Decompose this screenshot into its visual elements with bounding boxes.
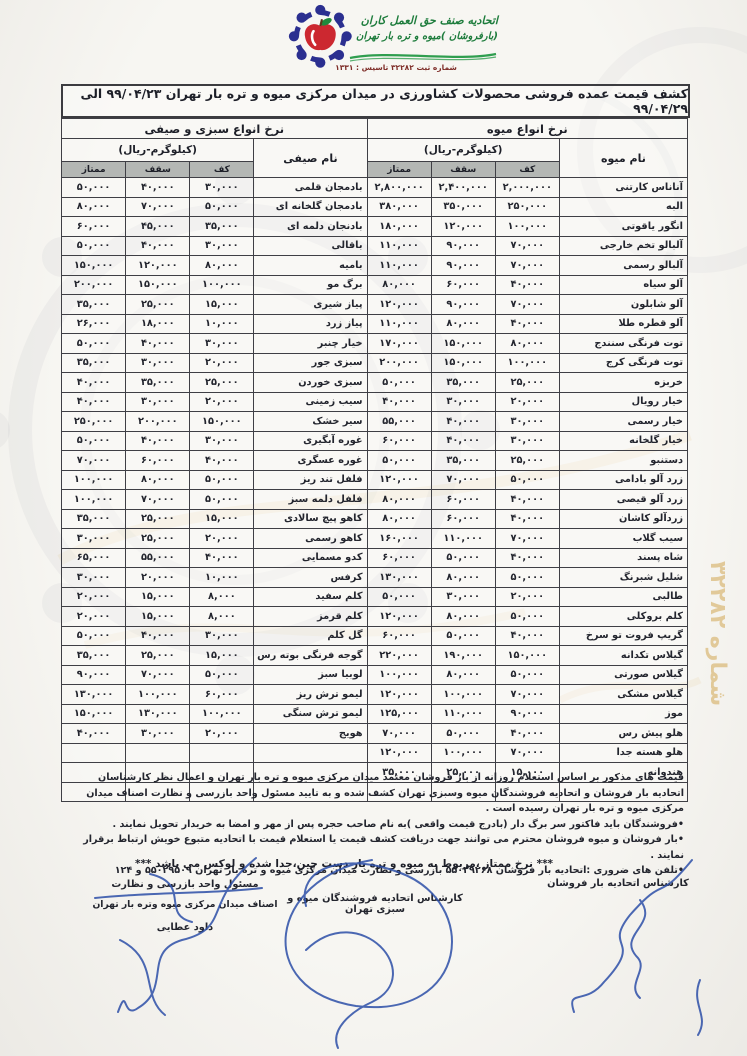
fruit-floor-price-cell: ۷۰,۰۰۰ <box>495 236 559 256</box>
fruit-floor-price-cell: ۴۰,۰۰۰ <box>495 314 559 334</box>
table-row: هلو هسته جدا۷۰,۰۰۰۱۰۰,۰۰۰۱۲۰,۰۰۰ <box>62 743 688 763</box>
veg-floor-price-cell: ۲۰,۰۰۰ <box>190 353 254 373</box>
veg-ceiling-price-cell: ۳۰,۰۰۰ <box>126 724 190 744</box>
fruit-name-cell: شلیل شبرنگ <box>559 568 687 588</box>
veg-ceiling-price-cell: ۱۰۰,۰۰۰ <box>126 685 190 705</box>
fruit-name-cell: آلو سیاه <box>559 275 687 295</box>
table-row: زرد آلو بادامی۵۰,۰۰۰۷۰,۰۰۰۱۲۰,۰۰۰فلفل تن… <box>62 470 688 490</box>
veg-floor-price-cell: ۳۵,۰۰۰ <box>190 217 254 237</box>
footer-note-line: قیمت های مذکور بر اساس استعلام روزانه از… <box>64 770 684 817</box>
fruit-premium-price-cell: ۸۰,۰۰۰ <box>367 490 431 510</box>
fruit-ceiling-price-cell: ۸۰,۰۰۰ <box>431 314 495 334</box>
fruit-floor-price-cell: ۴۰,۰۰۰ <box>495 548 559 568</box>
veg-ceiling-header: سقف <box>126 162 190 178</box>
veg-premium-price-cell: ۳۰,۰۰۰ <box>62 529 126 549</box>
veg-ceiling-price-cell: ۱۲۰,۰۰۰ <box>126 256 190 276</box>
fruit-floor-price-cell: ۵۰,۰۰۰ <box>495 607 559 627</box>
veg-premium-price-cell: ۲۵۰,۰۰۰ <box>62 412 126 432</box>
fruit-section-header: نرخ انواع میوه <box>367 119 687 139</box>
fruit-premium-price-cell: ۱۲۰,۰۰۰ <box>367 295 431 315</box>
veg-ceiling-price-cell: ۲۵,۰۰۰ <box>126 646 190 666</box>
veg-name-cell: سبزی خوردن <box>254 373 367 393</box>
veg-ceiling-price-cell: ۳۵,۰۰۰ <box>126 373 190 393</box>
fruit-name-cell: کلم بروکلی <box>559 607 687 627</box>
veg-floor-price-cell: ۵۰,۰۰۰ <box>190 665 254 685</box>
veg-floor-price-cell: ۳۰,۰۰۰ <box>190 334 254 354</box>
scanned-price-list-document: شماره ۳۲۲۸۲ اتحادیه صنف حق العمل کاران (… <box>0 0 747 1056</box>
veg-floor-price-cell: ۵۰,۰۰۰ <box>190 470 254 490</box>
fruit-name-cell: سیب گلاب <box>559 529 687 549</box>
footer-note-line: •فروشندگان باید فاکتور سر برگ دار (بادرج… <box>64 817 684 833</box>
table-row: توت فرنگی سنندج۸۰,۰۰۰۱۵۰,۰۰۰۱۷۰,۰۰۰خیار … <box>62 334 688 354</box>
fruit-floor-price-cell: ۱۰۰,۰۰۰ <box>495 217 559 237</box>
fruit-ceiling-price-cell: ۲,۴۰۰,۰۰۰ <box>431 178 495 198</box>
union-logo-icon <box>288 4 356 72</box>
fruit-floor-price-cell: ۴۰,۰۰۰ <box>495 724 559 744</box>
veg-floor-price-cell: ۲۰,۰۰۰ <box>190 724 254 744</box>
veg-premium-price-cell: ۳۵,۰۰۰ <box>62 646 126 666</box>
veg-name-cell: کاهو رسمی <box>254 529 367 549</box>
fruit-floor-price-cell: ۸۰,۰۰۰ <box>495 334 559 354</box>
fruit-name-column-header: نام میوه <box>559 139 687 178</box>
veg-ceiling-price-cell: ۱۳۰,۰۰۰ <box>126 704 190 724</box>
fruit-premium-price-cell: ۲۰۰,۰۰۰ <box>367 353 431 373</box>
veg-ceiling-price-cell: ۳۰,۰۰۰ <box>126 353 190 373</box>
fruit-name-cell: گریپ فروت تو سرخ <box>559 626 687 646</box>
signature-label-center: کارشناس اتحادیه فروشندگان میوه و سبزی ته… <box>280 893 470 915</box>
veg-premium-price-cell: ۱۰۰,۰۰۰ <box>62 470 126 490</box>
veg-name-cell: بادمجان قلمی <box>254 178 367 198</box>
veg-name-cell: فلفل تند ریز <box>254 470 367 490</box>
veg-ceiling-price-cell: ۲۵,۰۰۰ <box>126 509 190 529</box>
veg-floor-price-cell: ۱۵,۰۰۰ <box>190 295 254 315</box>
fruit-floor-price-cell: ۱۵۰,۰۰۰ <box>495 646 559 666</box>
fruit-premium-price-cell: ۸۰,۰۰۰ <box>367 275 431 295</box>
fruit-ceiling-price-cell: ۶۰,۰۰۰ <box>431 509 495 529</box>
veg-premium-price-cell: ۱۵۰,۰۰۰ <box>62 704 126 724</box>
signature-label-right: کارشناس اتحادیه بار فروشان <box>538 878 698 889</box>
fruit-ceiling-price-cell: ۹۰,۰۰۰ <box>431 236 495 256</box>
fruit-ceiling-price-cell: ۸۰,۰۰۰ <box>431 607 495 627</box>
fruit-premium-price-cell: ۱۲۰,۰۰۰ <box>367 607 431 627</box>
table-row: هلو پیش رس۴۰,۰۰۰۵۰,۰۰۰۷۰,۰۰۰هویج۲۰,۰۰۰۳۰… <box>62 724 688 744</box>
veg-ceiling-price-cell: ۴۰,۰۰۰ <box>126 236 190 256</box>
veg-name-cell: سیر خشک <box>254 412 367 432</box>
veg-name-cell: لوبیا سبز <box>254 665 367 685</box>
fruit-ceiling-price-cell: ۸۰,۰۰۰ <box>431 568 495 588</box>
veg-ceiling-price-cell: ۷۰,۰۰۰ <box>126 665 190 685</box>
fruit-ceiling-price-cell: ۱۵۰,۰۰۰ <box>431 334 495 354</box>
fruit-ceiling-header: سقف <box>431 162 495 178</box>
table-body: آناناس کارتنی۲,۰۰۰,۰۰۰۲,۴۰۰,۰۰۰۲,۸۰۰,۰۰۰… <box>62 178 688 802</box>
veg-ceiling-price-cell: ۲۵,۰۰۰ <box>126 529 190 549</box>
fruit-ceiling-price-cell: ۳۰,۰۰۰ <box>431 587 495 607</box>
veg-name-cell: فلفل دلمه سبز <box>254 490 367 510</box>
fruit-ceiling-price-cell: ۱۰۰,۰۰۰ <box>431 685 495 705</box>
table-row: خیار رسمی۳۰,۰۰۰۴۰,۰۰۰۵۵,۰۰۰سیر خشک۱۵۰,۰۰… <box>62 412 688 432</box>
veg-premium-price-cell: ۵۰,۰۰۰ <box>62 334 126 354</box>
veg-floor-header: کف <box>190 162 254 178</box>
fruit-floor-price-cell: ۲۰,۰۰۰ <box>495 392 559 412</box>
veg-ceiling-price-cell: ۲۵,۰۰۰ <box>126 295 190 315</box>
veg-floor-price-cell: ۵۰,۰۰۰ <box>190 197 254 217</box>
table-row: آلبالو رسمی۷۰,۰۰۰۹۰,۰۰۰۱۱۰,۰۰۰بامیه۸۰,۰۰… <box>62 256 688 276</box>
veg-premium-price-cell: ۵۰,۰۰۰ <box>62 178 126 198</box>
fruit-floor-header: کف <box>495 162 559 178</box>
veg-premium-price-cell: ۲۰۰,۰۰۰ <box>62 275 126 295</box>
signature-label-left-line2: اصناف میدان مرکزی میوه وتره بار تهران <box>92 899 278 910</box>
registration-line: شماره ثبت ۳۲۲۸۲ تاسیس : ۱۳۳۱ <box>296 63 496 72</box>
fruit-floor-price-cell: ۴۰,۰۰۰ <box>495 509 559 529</box>
fruit-floor-price-cell: ۳۰,۰۰۰ <box>495 412 559 432</box>
fruit-floor-price-cell: ۹۰,۰۰۰ <box>495 704 559 724</box>
fruit-premium-price-cell: ۳۸۰,۰۰۰ <box>367 197 431 217</box>
fruit-floor-price-cell: ۲۵,۰۰۰ <box>495 373 559 393</box>
fruit-premium-price-cell: ۱۲۵,۰۰۰ <box>367 704 431 724</box>
fruit-name-cell: شاه پسند <box>559 548 687 568</box>
fruit-name-cell: هلو هسته جدا <box>559 743 687 763</box>
table-row: دستنبو۲۵,۰۰۰۳۵,۰۰۰۵۰,۰۰۰غوره عسگری۴۰,۰۰۰… <box>62 451 688 471</box>
fruit-ceiling-price-cell: ۱۲۰,۰۰۰ <box>431 217 495 237</box>
veg-premium-price-cell: ۹۰,۰۰۰ <box>62 665 126 685</box>
fruit-name-cell: دستنبو <box>559 451 687 471</box>
veg-name-cell: بامیه <box>254 256 367 276</box>
table-row: کلم بروکلی۵۰,۰۰۰۸۰,۰۰۰۱۲۰,۰۰۰کلم قرمز۸,۰… <box>62 607 688 627</box>
veg-ceiling-price-cell: ۴۰,۰۰۰ <box>126 431 190 451</box>
fruit-floor-price-cell: ۱۰۰,۰۰۰ <box>495 353 559 373</box>
fruit-name-cell: آلبالو رسمی <box>559 256 687 276</box>
table-row: آلو قطره طلا۴۰,۰۰۰۸۰,۰۰۰۱۱۰,۰۰۰پیاز زرد۱… <box>62 314 688 334</box>
fruit-ceiling-price-cell: ۱۰۰,۰۰۰ <box>431 743 495 763</box>
fruit-premium-price-cell: ۵۰,۰۰۰ <box>367 587 431 607</box>
table-row: البه۲۵۰,۰۰۰۳۵۰,۰۰۰۳۸۰,۰۰۰بادمجان گلخانه … <box>62 197 688 217</box>
fruit-ceiling-price-cell: ۸۰,۰۰۰ <box>431 665 495 685</box>
veg-floor-price-cell: ۴۰,۰۰۰ <box>190 451 254 471</box>
fruit-floor-price-cell: ۷۰,۰۰۰ <box>495 256 559 276</box>
fruit-name-cell: زرد آلو قیصی <box>559 490 687 510</box>
veg-floor-price-cell: ۳۰,۰۰۰ <box>190 431 254 451</box>
veg-floor-price-cell: ۸,۰۰۰ <box>190 587 254 607</box>
veg-name-cell: بادمجان گلخانه ای <box>254 197 367 217</box>
veg-name-cell: برگ مو <box>254 275 367 295</box>
veg-name-cell: بادنجان دلمه ای <box>254 217 367 237</box>
fruit-name-cell: طالبی <box>559 587 687 607</box>
veg-premium-price-cell: ۵۰,۰۰۰ <box>62 626 126 646</box>
veg-unit-header: (کیلوگرم-ریال) <box>62 139 254 162</box>
fruit-ceiling-price-cell: ۹۰,۰۰۰ <box>431 295 495 315</box>
fruit-ceiling-price-cell: ۱۵۰,۰۰۰ <box>431 353 495 373</box>
veg-floor-price-cell: ۳۰,۰۰۰ <box>190 178 254 198</box>
veg-premium-price-cell: ۳۵,۰۰۰ <box>62 353 126 373</box>
fruit-premium-price-cell: ۲۲۰,۰۰۰ <box>367 646 431 666</box>
veg-name-cell: کلم سفید <box>254 587 367 607</box>
table-row: خیار رویال۲۰,۰۰۰۳۰,۰۰۰۴۰,۰۰۰سیب زمینی۲۰,… <box>62 392 688 412</box>
fruit-name-cell: هلو پیش رس <box>559 724 687 744</box>
fruit-floor-price-cell: ۲۰,۰۰۰ <box>495 587 559 607</box>
veg-premium-price-cell: ۴۰,۰۰۰ <box>62 373 126 393</box>
table-row: موز۹۰,۰۰۰۱۱۰,۰۰۰۱۲۵,۰۰۰لیمو ترش سنگی۱۰۰,… <box>62 704 688 724</box>
fruit-premium-price-cell: ۶۰,۰۰۰ <box>367 626 431 646</box>
fruit-premium-price-cell: ۶۰,۰۰۰ <box>367 431 431 451</box>
veg-name-cell: غوره آبگیری <box>254 431 367 451</box>
veg-name-cell: هویج <box>254 724 367 744</box>
tan-handwriting-watermark: شماره ۳۲۲۸۲ <box>700 556 730 706</box>
veg-floor-price-cell: ۸۰,۰۰۰ <box>190 256 254 276</box>
table-row: گیلاس تکدانه۱۵۰,۰۰۰۱۹۰,۰۰۰۲۲۰,۰۰۰گوجه فر… <box>62 646 688 666</box>
fruit-premium-price-cell: ۶۰,۰۰۰ <box>367 548 431 568</box>
fruit-premium-price-cell: ۵۰,۰۰۰ <box>367 451 431 471</box>
veg-name-column-header: نام صیفی <box>254 139 367 178</box>
fruit-premium-price-cell: ۱۱۰,۰۰۰ <box>367 256 431 276</box>
fruit-floor-price-cell: ۴۰,۰۰۰ <box>495 275 559 295</box>
veg-name-cell: گوجه فرنگی بوته رس <box>254 646 367 666</box>
veg-section-header: نرخ انواع سبزی و صیفی <box>62 119 368 139</box>
veg-name-cell: لیمو ترش سنگی <box>254 704 367 724</box>
fruit-ceiling-price-cell: ۷۰,۰۰۰ <box>431 470 495 490</box>
veg-premium-price-cell <box>62 743 126 763</box>
veg-name-cell: کدو مسمایی <box>254 548 367 568</box>
veg-floor-price-cell: ۱۵,۰۰۰ <box>190 509 254 529</box>
table-row: آناناس کارتنی۲,۰۰۰,۰۰۰۲,۴۰۰,۰۰۰۲,۸۰۰,۰۰۰… <box>62 178 688 198</box>
fruit-name-cell: زرد آلو بادامی <box>559 470 687 490</box>
veg-name-cell: لیمو ترش ریز <box>254 685 367 705</box>
fruit-ceiling-price-cell: ۵۰,۰۰۰ <box>431 724 495 744</box>
veg-name-cell: کلم قرمز <box>254 607 367 627</box>
veg-premium-price-cell: ۶۰,۰۰۰ <box>62 217 126 237</box>
fruit-ceiling-price-cell: ۳۵,۰۰۰ <box>431 373 495 393</box>
fruit-floor-price-cell: ۷۰,۰۰۰ <box>495 743 559 763</box>
veg-ceiling-price-cell: ۴۰,۰۰۰ <box>126 178 190 198</box>
fruit-floor-price-cell: ۷۰,۰۰۰ <box>495 529 559 549</box>
table-row: شلیل شبرنگ۵۰,۰۰۰۸۰,۰۰۰۱۳۰,۰۰۰کرفس۱۰,۰۰۰۲… <box>62 568 688 588</box>
fruit-ceiling-price-cell: ۴۰,۰۰۰ <box>431 431 495 451</box>
fruit-ceiling-price-cell: ۵۰,۰۰۰ <box>431 548 495 568</box>
table-header: نرخ انواع میوه نرخ انواع سبزی و صیفی نام… <box>62 119 688 178</box>
veg-premium-price-cell: ۳۰,۰۰۰ <box>62 568 126 588</box>
veg-name-cell: کرفس <box>254 568 367 588</box>
fruit-name-cell: آناناس کارتنی <box>559 178 687 198</box>
document-title: کشف قیمت عمده فروشی محصولات کشاورزی در م… <box>63 86 688 116</box>
veg-premium-price-cell: ۳۵,۰۰۰ <box>62 509 126 529</box>
table-row: انگور یاقوتی۱۰۰,۰۰۰۱۲۰,۰۰۰۱۸۰,۰۰۰بادنجان… <box>62 217 688 237</box>
table-row: زرد آلو قیصی۴۰,۰۰۰۶۰,۰۰۰۸۰,۰۰۰فلفل دلمه … <box>62 490 688 510</box>
fruit-ceiling-price-cell: ۶۰,۰۰۰ <box>431 490 495 510</box>
veg-floor-price-cell: ۲۰,۰۰۰ <box>190 392 254 412</box>
fruit-unit-header: (کیلوگرم-ریال) <box>367 139 559 162</box>
veg-floor-price-cell: ۱۵۰,۰۰۰ <box>190 412 254 432</box>
fruit-floor-price-cell: ۵۰,۰۰۰ <box>495 665 559 685</box>
fruit-premium-price-cell: ۷۰,۰۰۰ <box>367 724 431 744</box>
fruit-ceiling-price-cell: ۱۱۰,۰۰۰ <box>431 704 495 724</box>
veg-ceiling-price-cell: ۱۵,۰۰۰ <box>126 607 190 627</box>
veg-premium-price-cell: ۲۶,۰۰۰ <box>62 314 126 334</box>
fruit-premium-price-cell: ۱۲۰,۰۰۰ <box>367 685 431 705</box>
fruit-premium-price-cell: ۱۰۰,۰۰۰ <box>367 665 431 685</box>
fruit-name-cell: انگور یاقوتی <box>559 217 687 237</box>
fruit-floor-price-cell: ۵۰,۰۰۰ <box>495 470 559 490</box>
fruit-name-cell: آلبالو تخم خارجی <box>559 236 687 256</box>
fruit-floor-price-cell: ۲۵۰,۰۰۰ <box>495 197 559 217</box>
fruit-floor-price-cell: ۷۰,۰۰۰ <box>495 685 559 705</box>
veg-ceiling-price-cell: ۷۰,۰۰۰ <box>126 490 190 510</box>
org-header: اتحادیه صنف حق العمل کاران (بارفروشان )م… <box>288 4 498 76</box>
fruit-name-cell: گیلاس صورتی <box>559 665 687 685</box>
fruit-premium-price-cell: ۱۲۰,۰۰۰ <box>367 470 431 490</box>
fruit-floor-price-cell: ۴۰,۰۰۰ <box>495 626 559 646</box>
table-row: خیار گلخانه۳۰,۰۰۰۴۰,۰۰۰۶۰,۰۰۰غوره آبگیری… <box>62 431 688 451</box>
table-row: خربزه۲۵,۰۰۰۳۵,۰۰۰۵۰,۰۰۰سبزی خوردن۲۵,۰۰۰۳… <box>62 373 688 393</box>
veg-floor-price-cell: ۱۵,۰۰۰ <box>190 646 254 666</box>
veg-ceiling-price-cell: ۶۰,۰۰۰ <box>126 451 190 471</box>
veg-floor-price-cell: ۱۰,۰۰۰ <box>190 568 254 588</box>
table-row: سیب گلاب۷۰,۰۰۰۱۱۰,۰۰۰۱۶۰,۰۰۰کاهو رسمی۲۰,… <box>62 529 688 549</box>
veg-floor-price-cell: ۶۰,۰۰۰ <box>190 685 254 705</box>
veg-ceiling-price-cell: ۱۸,۰۰۰ <box>126 314 190 334</box>
veg-premium-price-cell: ۶۵,۰۰۰ <box>62 548 126 568</box>
signature-label-left-line1: مسئول واحد بازرسی و نظارت <box>100 879 270 890</box>
veg-premium-price-cell: ۷۰,۰۰۰ <box>62 451 126 471</box>
price-table: نرخ انواع میوه نرخ انواع سبزی و صیفی نام… <box>61 118 688 802</box>
table-row: توت فرنگی کرج۱۰۰,۰۰۰۱۵۰,۰۰۰۲۰۰,۰۰۰سبزی ج… <box>62 353 688 373</box>
veg-premium-price-cell: ۲۰,۰۰۰ <box>62 587 126 607</box>
table-row: شاه پسند۴۰,۰۰۰۵۰,۰۰۰۶۰,۰۰۰کدو مسمایی۴۰,۰… <box>62 548 688 568</box>
fruit-name-cell: البه <box>559 197 687 217</box>
table-row: طالبی۲۰,۰۰۰۳۰,۰۰۰۵۰,۰۰۰کلم سفید۸,۰۰۰۱۵,۰… <box>62 587 688 607</box>
fruit-name-cell: گیلاس مشکی <box>559 685 687 705</box>
fruit-premium-price-cell: ۱۱۰,۰۰۰ <box>367 236 431 256</box>
veg-premium-price-cell: ۱۵۰,۰۰۰ <box>62 256 126 276</box>
veg-ceiling-price-cell: ۱۵,۰۰۰ <box>126 587 190 607</box>
signature-label-left-name: داود عطایی <box>130 922 240 933</box>
veg-ceiling-price-cell: ۱۵۰,۰۰۰ <box>126 275 190 295</box>
veg-name-cell: پیاز شیری <box>254 295 367 315</box>
veg-name-cell: غوره عسگری <box>254 451 367 471</box>
fruit-ceiling-price-cell: ۵۰,۰۰۰ <box>431 626 495 646</box>
fruit-premium-price-cell: ۲,۸۰۰,۰۰۰ <box>367 178 431 198</box>
veg-ceiling-price-cell: ۳۰,۰۰۰ <box>126 392 190 412</box>
veg-premium-header: ممتاز <box>62 162 126 178</box>
veg-floor-price-cell: ۲۰,۰۰۰ <box>190 529 254 549</box>
fruit-name-cell: گیلاس تکدانه <box>559 646 687 666</box>
fruit-floor-price-cell: ۲,۰۰۰,۰۰۰ <box>495 178 559 198</box>
veg-premium-price-cell: ۲۰,۰۰۰ <box>62 607 126 627</box>
fruit-ceiling-price-cell: ۳۵,۰۰۰ <box>431 451 495 471</box>
fruit-premium-price-cell: ۵۵,۰۰۰ <box>367 412 431 432</box>
veg-floor-price-cell: ۴۰,۰۰۰ <box>190 548 254 568</box>
fruit-ceiling-price-cell: ۱۱۰,۰۰۰ <box>431 529 495 549</box>
veg-name-cell: خیار چنبر <box>254 334 367 354</box>
fruit-ceiling-price-cell: ۱۹۰,۰۰۰ <box>431 646 495 666</box>
veg-floor-price-cell: ۲۵,۰۰۰ <box>190 373 254 393</box>
veg-premium-price-cell: ۴۰,۰۰۰ <box>62 392 126 412</box>
fruit-ceiling-price-cell: ۳۵۰,۰۰۰ <box>431 197 495 217</box>
veg-ceiling-price-cell: ۴۰,۰۰۰ <box>126 334 190 354</box>
fruit-premium-price-cell: ۱۲۰,۰۰۰ <box>367 743 431 763</box>
veg-floor-price-cell: ۱۰۰,۰۰۰ <box>190 704 254 724</box>
veg-name-cell: سبزی جور <box>254 353 367 373</box>
fruit-ceiling-price-cell: ۶۰,۰۰۰ <box>431 275 495 295</box>
fruit-premium-price-cell: ۱۳۰,۰۰۰ <box>367 568 431 588</box>
veg-premium-price-cell: ۴۰,۰۰۰ <box>62 724 126 744</box>
fruit-ceiling-price-cell: ۹۰,۰۰۰ <box>431 256 495 276</box>
premium-rate-note: *** نرخ ممتاز ،مربوط به میوه و تره بار د… <box>64 858 624 870</box>
fruit-name-cell: خیار رسمی <box>559 412 687 432</box>
fruit-premium-price-cell: ۱۷۰,۰۰۰ <box>367 334 431 354</box>
veg-premium-price-cell: ۵۰,۰۰۰ <box>62 236 126 256</box>
table-row: آلو شابلون۷۰,۰۰۰۹۰,۰۰۰۱۲۰,۰۰۰پیاز شیری۱۵… <box>62 295 688 315</box>
veg-premium-price-cell: ۸۰,۰۰۰ <box>62 197 126 217</box>
veg-name-cell <box>254 743 367 763</box>
fruit-name-cell: زردآلو کاشان <box>559 509 687 529</box>
fruit-name-cell: آلو قطره طلا <box>559 314 687 334</box>
veg-name-cell: کاهو پیچ سالادی <box>254 509 367 529</box>
table-row: آلبالو تخم خارجی۷۰,۰۰۰۹۰,۰۰۰۱۱۰,۰۰۰باقال… <box>62 236 688 256</box>
veg-name-cell: سیب زمینی <box>254 392 367 412</box>
veg-ceiling-price-cell: ۲۰۰,۰۰۰ <box>126 412 190 432</box>
veg-name-cell: باقالی <box>254 236 367 256</box>
fruit-premium-price-cell: ۱۶۰,۰۰۰ <box>367 529 431 549</box>
fruit-name-cell: خیار رویال <box>559 392 687 412</box>
fruit-premium-price-cell: ۴۰,۰۰۰ <box>367 392 431 412</box>
fruit-name-cell: خربزه <box>559 373 687 393</box>
veg-premium-price-cell: ۱۳۰,۰۰۰ <box>62 685 126 705</box>
veg-floor-price-cell: ۳۰,۰۰۰ <box>190 236 254 256</box>
org-name-line2: (بارفروشان )میوه و تره بار تهران <box>362 29 498 45</box>
veg-floor-price-cell <box>190 743 254 763</box>
veg-premium-price-cell: ۱۰۰,۰۰۰ <box>62 490 126 510</box>
document-title-box: کشف قیمت عمده فروشی محصولات کشاورزی در م… <box>61 84 690 118</box>
veg-ceiling-price-cell: ۵۵,۰۰۰ <box>126 548 190 568</box>
table-row: گریپ فروت تو سرخ۴۰,۰۰۰۵۰,۰۰۰۶۰,۰۰۰گل کلم… <box>62 626 688 646</box>
fruit-premium-header: ممتاز <box>367 162 431 178</box>
veg-premium-price-cell: ۵۰,۰۰۰ <box>62 431 126 451</box>
fruit-name-cell: خیار گلخانه <box>559 431 687 451</box>
fruit-premium-price-cell: ۱۱۰,۰۰۰ <box>367 314 431 334</box>
veg-name-cell: پیاز زرد <box>254 314 367 334</box>
table-row: آلو سیاه۴۰,۰۰۰۶۰,۰۰۰۸۰,۰۰۰برگ مو۱۰۰,۰۰۰۱… <box>62 275 688 295</box>
veg-floor-price-cell: ۱۰,۰۰۰ <box>190 314 254 334</box>
veg-ceiling-price-cell: ۷۰,۰۰۰ <box>126 197 190 217</box>
fruit-ceiling-price-cell: ۳۰,۰۰۰ <box>431 392 495 412</box>
veg-floor-price-cell: ۱۰۰,۰۰۰ <box>190 275 254 295</box>
fruit-premium-price-cell: ۵۰,۰۰۰ <box>367 373 431 393</box>
veg-ceiling-price-cell <box>126 743 190 763</box>
org-name-line1: اتحادیه صنف حق العمل کاران <box>362 12 498 29</box>
fruit-ceiling-price-cell: ۴۰,۰۰۰ <box>431 412 495 432</box>
fruit-floor-price-cell: ۲۵,۰۰۰ <box>495 451 559 471</box>
veg-ceiling-price-cell: ۸۰,۰۰۰ <box>126 470 190 490</box>
fruit-name-cell: توت فرنگی کرج <box>559 353 687 373</box>
fruit-premium-price-cell: ۱۸۰,۰۰۰ <box>367 217 431 237</box>
table-row: گیلاس صورتی۵۰,۰۰۰۸۰,۰۰۰۱۰۰,۰۰۰لوبیا سبز۵… <box>62 665 688 685</box>
veg-floor-price-cell: ۳۰,۰۰۰ <box>190 626 254 646</box>
table-row: زردآلو کاشان۴۰,۰۰۰۶۰,۰۰۰۸۰,۰۰۰کاهو پیچ س… <box>62 509 688 529</box>
veg-name-cell: گل کلم <box>254 626 367 646</box>
veg-ceiling-price-cell: ۴۰,۰۰۰ <box>126 626 190 646</box>
fruit-floor-price-cell: ۳۰,۰۰۰ <box>495 431 559 451</box>
fruit-floor-price-cell: ۷۰,۰۰۰ <box>495 295 559 315</box>
fruit-premium-price-cell: ۸۰,۰۰۰ <box>367 509 431 529</box>
veg-premium-price-cell: ۳۵,۰۰۰ <box>62 295 126 315</box>
fruit-name-cell: توت فرنگی سنندج <box>559 334 687 354</box>
table-row: گیلاس مشکی۷۰,۰۰۰۱۰۰,۰۰۰۱۲۰,۰۰۰لیمو ترش ر… <box>62 685 688 705</box>
logo-swoosh-icon <box>348 48 498 64</box>
fruit-floor-price-cell: ۵۰,۰۰۰ <box>495 568 559 588</box>
veg-floor-price-cell: ۸,۰۰۰ <box>190 607 254 627</box>
fruit-floor-price-cell: ۴۰,۰۰۰ <box>495 490 559 510</box>
veg-ceiling-price-cell: ۴۵,۰۰۰ <box>126 217 190 237</box>
veg-ceiling-price-cell: ۲۰,۰۰۰ <box>126 568 190 588</box>
